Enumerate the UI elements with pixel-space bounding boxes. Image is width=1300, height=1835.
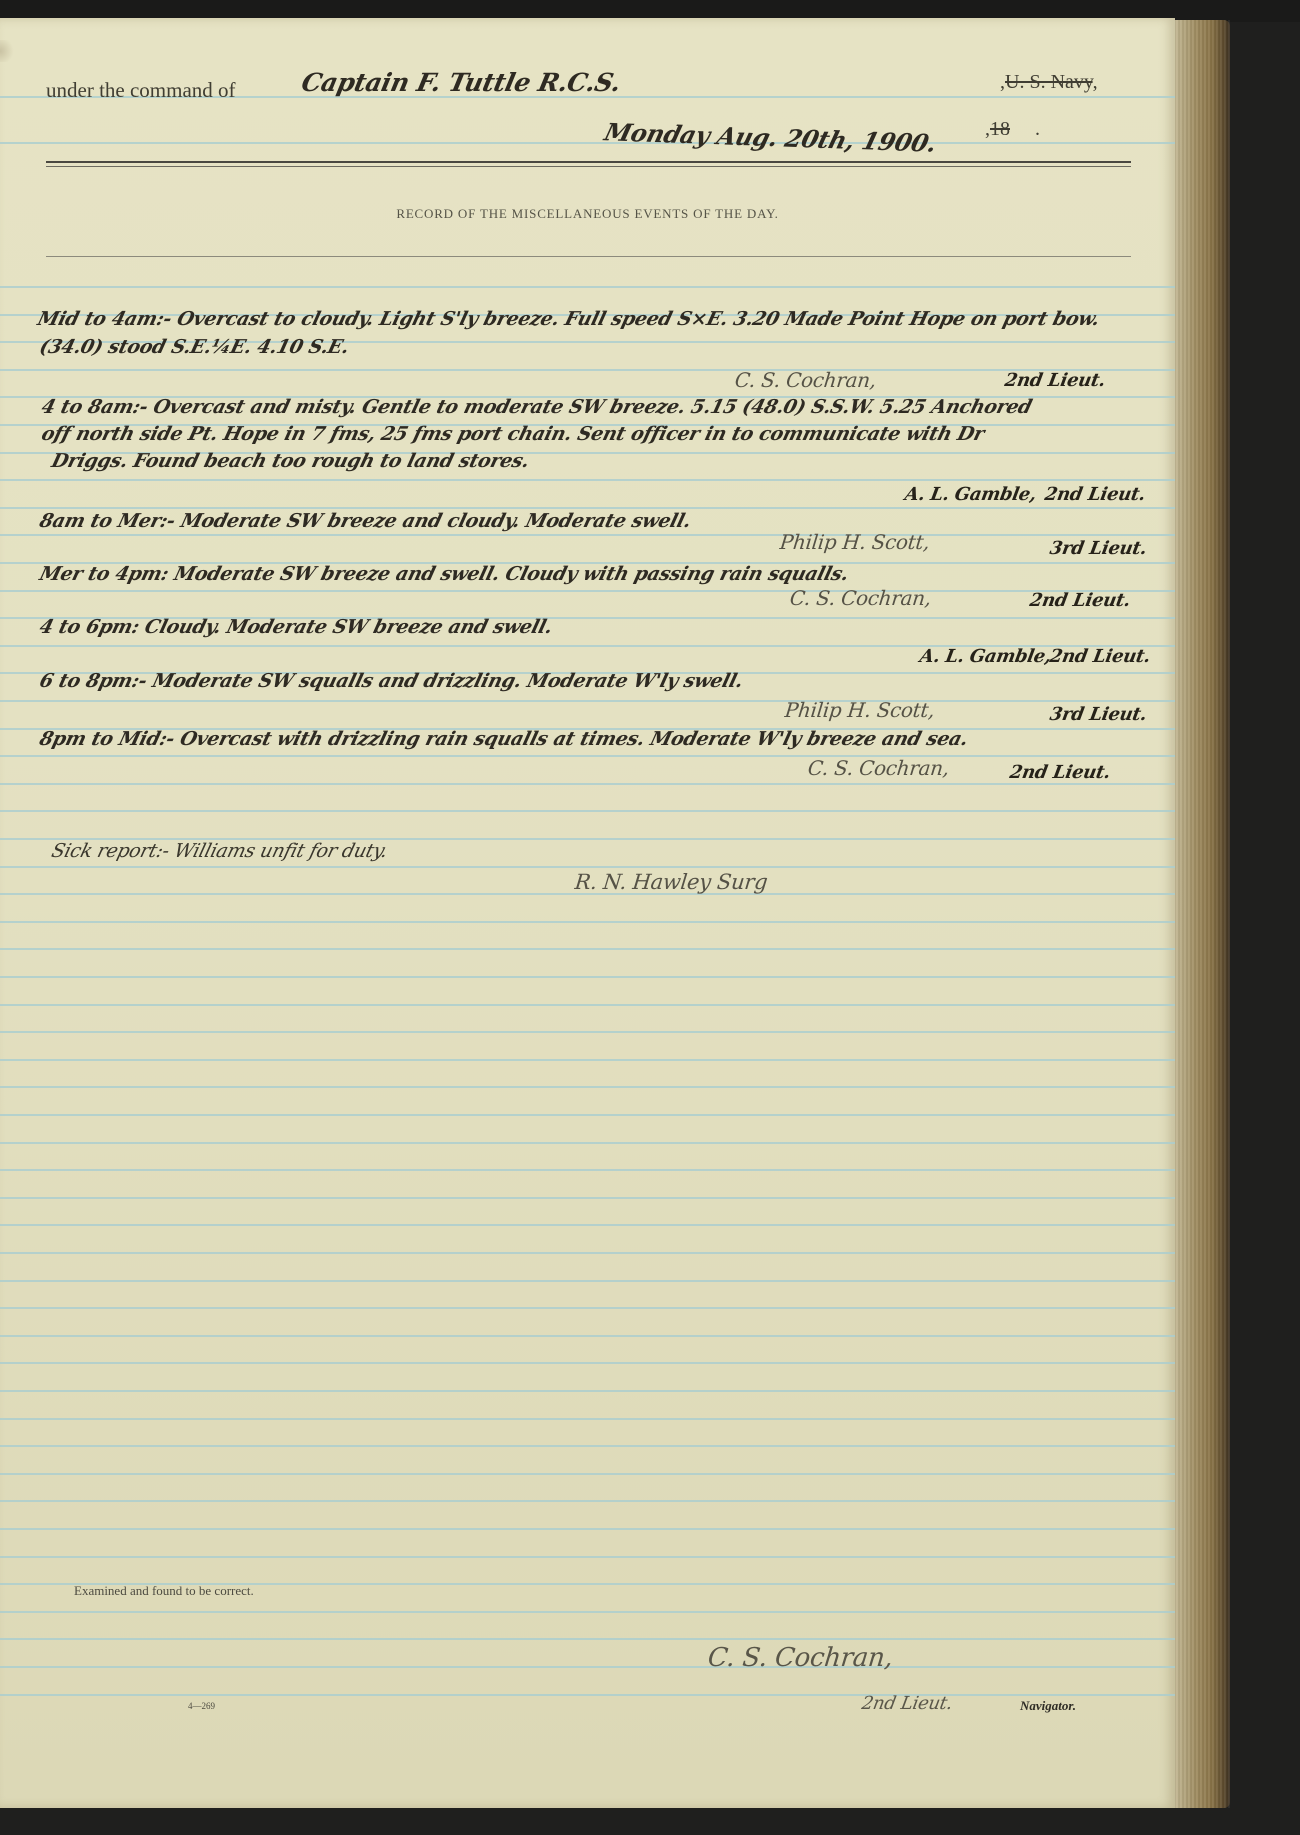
- ruled-line: [0, 1528, 1175, 1530]
- entry-line: 8am to Mer:- Moderate SW breeze and clou…: [37, 510, 693, 532]
- entry-line: 6 to 8pm:- Moderate SW squalls and drizz…: [37, 670, 745, 692]
- entry-line: 4 to 6pm: Cloudy. Moderate SW breeze and…: [37, 616, 554, 638]
- sick-report: Sick report:- Williams unfit for duty.: [49, 840, 390, 862]
- navigator-label: Navigator.: [1020, 1698, 1076, 1714]
- ruled-line: [0, 1280, 1175, 1282]
- ruled-line: [0, 1611, 1175, 1613]
- ruled-line: [0, 1500, 1175, 1502]
- service-label: ,U. S. Navy,: [1000, 71, 1098, 94]
- ruled-line: [0, 507, 1175, 509]
- signature-rank: 3rd Lieut.: [1048, 538, 1148, 559]
- ruled-line: [0, 1114, 1175, 1116]
- ruled-line: [0, 1694, 1175, 1696]
- signature: A. L. Gamble,: [903, 484, 1038, 505]
- signature-rank: 2nd Lieut.: [1048, 646, 1152, 667]
- command-label: under the command of: [46, 78, 236, 103]
- ruled-line: [0, 866, 1175, 868]
- form-number: 4—269: [188, 1701, 215, 1711]
- surgeon-signature: R. N. Hawley Surg: [574, 870, 769, 894]
- ruled-line: [0, 810, 1175, 812]
- commander-name: Captain F. Tuttle R.C.S.: [299, 68, 624, 97]
- ruled-line: [0, 1390, 1175, 1392]
- ruled-line: [0, 286, 1175, 288]
- signature: C. S. Cochran,: [789, 586, 932, 610]
- entry-line: off north side Pt. Hope in 7 fms, 25 fms…: [39, 423, 986, 445]
- ruled-line: [0, 590, 1175, 592]
- navigator-signature: C. S. Cochran,: [706, 1643, 894, 1673]
- signature-rank: 2nd Lieut.: [1008, 762, 1112, 783]
- ruled-line: [0, 1031, 1175, 1033]
- signature-rank: 2nd Lieut.: [1028, 590, 1132, 611]
- ruled-line: [0, 1169, 1175, 1171]
- ruled-line: [0, 1086, 1175, 1088]
- ruled-line: [0, 142, 1175, 144]
- ruled-line: [0, 1197, 1175, 1199]
- corner-wear: [0, 40, 16, 62]
- ruled-line: [0, 1307, 1175, 1309]
- signature: Philip H. Scott,: [784, 698, 936, 722]
- header-rule: [46, 161, 1131, 163]
- logbook-page: under the command of Captain F. Tuttle R…: [0, 18, 1175, 1808]
- ruled-line: [0, 1059, 1175, 1061]
- logbook-scan: under the command of Captain F. Tuttle R…: [0, 0, 1300, 1835]
- ruled-line: [0, 369, 1175, 371]
- ruled-line: [0, 783, 1175, 785]
- ruled-line: [0, 1004, 1175, 1006]
- examined-statement: Examined and found to be correct.: [74, 1583, 254, 1599]
- navigator-rank: 2nd Lieut.: [860, 1693, 954, 1714]
- ruled-line: [0, 1418, 1175, 1420]
- entry-line: Driggs. Found beach too rough to land st…: [49, 450, 531, 472]
- section-title: RECORD OF THE MISCELLANEOUS EVENTS OF TH…: [0, 206, 1175, 222]
- header-rule-secondary: [46, 166, 1131, 167]
- ruled-line: [0, 1638, 1175, 1640]
- ruled-line: [0, 1473, 1175, 1475]
- ruled-line: [0, 1666, 1175, 1668]
- entry-line: Mid to 4am:- Overcast to cloudy. Light S…: [35, 308, 1102, 330]
- ruled-line: [0, 976, 1175, 978]
- signature-rank: 2nd Lieut.: [1043, 484, 1147, 505]
- ruled-line: [0, 700, 1175, 702]
- book-page-edges: [1168, 20, 1230, 1808]
- ruled-line: [0, 1362, 1175, 1364]
- signature: Philip H. Scott,: [779, 530, 931, 554]
- year-prefix-struck: 18: [990, 118, 1010, 140]
- ruled-line: [0, 1556, 1175, 1558]
- ruled-line: [0, 534, 1175, 536]
- ruled-line: [0, 1252, 1175, 1254]
- entry-line: 4 to 8am:- Overcast and misty. Gentle to…: [39, 396, 1034, 418]
- section-rule: [46, 256, 1131, 257]
- signature: C. S. Cochran,: [734, 368, 877, 392]
- ruled-line: [0, 948, 1175, 950]
- ruled-line: [0, 1445, 1175, 1447]
- service-struck: U. S. Navy: [1005, 71, 1093, 93]
- ruled-line: [0, 479, 1175, 481]
- ruled-line: [0, 1224, 1175, 1226]
- signature: A. L. Gamble,: [918, 646, 1053, 667]
- entry-line: 8pm to Mid:- Overcast with drizzling rai…: [37, 728, 970, 750]
- signature: C. S. Cochran,: [807, 756, 950, 780]
- entry-line: Mer to 4pm: Moderate SW breeze and swell…: [37, 563, 851, 585]
- ruled-line: [0, 755, 1175, 757]
- log-date: Monday Aug. 20th, 1900.: [602, 117, 940, 157]
- signature-rank: 3rd Lieut.: [1048, 704, 1148, 725]
- ruled-line: [0, 1335, 1175, 1337]
- ruled-line: [0, 921, 1175, 923]
- year-prefix: ,18 .: [985, 118, 1040, 141]
- ruled-line: [0, 1142, 1175, 1144]
- signature-rank: 2nd Lieut.: [1003, 370, 1107, 391]
- entry-line: (34.0) stood S.E.¼E. 4.10 S.E.: [37, 336, 351, 358]
